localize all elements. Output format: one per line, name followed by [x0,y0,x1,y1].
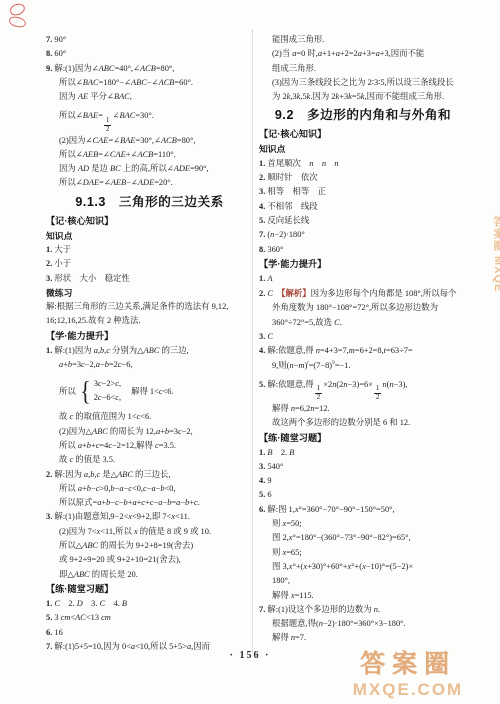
answer-line: 1. 大于 [46,243,253,257]
left-column: 7. 90°8. 60°9. 解:(1)因为∠ABC=40°,∠ACB=80°,… [46,33,253,654]
analysis-tag: 【解析】 [281,288,310,298]
answer-line: 为 2k,3k,5k.因为 2k+3k=5k,因而不能组成三角形. [259,90,467,104]
answer-line: 7. 解:(1)设这个多边形的边数为 n. [259,603,467,617]
subheading: 知识点 [259,142,467,156]
answer-line: 3. 相等 相等 正 [259,185,467,199]
answer-line: 8. 60° [46,47,253,61]
answer-line: 解得 n=7. [259,631,467,645]
watermark: 答案圈 MXQE.COM [318,652,498,698]
answer-line: 所以 a+b−c>0,b−a−c<0,c−a−b<0, [46,482,253,496]
section-header: 9.2 多边形的内角和与外角和 [259,104,467,127]
fraction: 12 [104,117,111,134]
fraction: 12 [315,385,322,402]
section-label: 【练·随堂习题】 [259,431,467,446]
answer-line: 9. 解:(1)因为∠ABC=40°,∠ACB=80°, [46,62,253,76]
answer-line: (2)当 a=0 时,a+1+a+2=2a+3=a+3,因而不能 [259,47,467,61]
answer-line: 16;12,16,25.故有 2 种选法. [46,314,253,328]
subheading: 知识点 [46,229,253,243]
answer-line: 图 3,x°+(x+30)°+60°+x°+(x−10)°=(5−2)× [259,560,467,574]
answer-line: 则 x=50; [259,517,467,531]
answer-line: 3. 解:(1)由题意知,9−2<x<9+2,即 7<x<11. [46,510,253,524]
answer-line: (2)因为∠CAE=∠BAE=30°,∠ACB=80°, [46,134,253,148]
answer-line: 因为 AE 平分∠BAC, [46,90,253,104]
answer-line: 7. (n−2)·180° [259,228,467,242]
answer-line: 1. A [259,272,467,286]
answer-line: 3. C [259,330,467,344]
answer-line: 所以△ABC 的周长为 9+2+8=19(舍去) [46,539,253,553]
answer-line: 所以∠AEB=∠CAE+∠ACB=110°. [46,148,253,162]
answer-line: 能围成三角形. [259,33,467,47]
answer-line: 5. 6 [259,488,467,502]
answer-line: 解得 n=6,2n=12. [259,402,467,416]
answer-line: 7. 90° [46,33,253,47]
answer-line: 图 2,x°=180°−(360°−73°−90°−82°)=65°, [259,531,467,545]
answer-line: 3. 540° [259,460,467,474]
answer-line: 解得 x=115. [259,589,467,603]
answer-line: 组成三角形. [259,62,467,76]
answer-line: 5. 反向延长线 [259,214,467,228]
section-label: 【练·随堂习题】 [46,582,253,597]
answer-line: 外角度数为 180°−108°=72°,所以多边形边数为 [259,301,467,315]
answer-line: 故这两个多边形的边数分别是 6 和 12. [259,416,467,430]
answer-line: a+b=3c−2,a−b=2c−6, [46,358,253,372]
watermark-site: MXQE.COM [318,681,498,698]
edge-watermark: 答案圈 MXQE [490,216,500,292]
answer-line: 因为 AD 是边 BC 上的高,所以∠ADE=90°, [46,162,253,176]
watermark-logo: 答案圈 [360,650,456,678]
workbook-answer-page: 7. 90°8. 60°9. 解:(1)因为∠ABC=40°,∠ACB=80°,… [0,0,500,704]
answer-line: 3. 形状 大小 稳定性 [46,272,253,286]
section-label: 【记·核心知识】 [259,127,467,142]
answer-line: (2)因为 7<x<11,所以 x 的值是 8 或 9 或 10. [46,525,253,539]
section-header: 9.1.3 三角形的三边关系 [46,191,253,214]
answer-line: 所以∠DAE=∠AEB−∠ADE=20°. [46,176,253,190]
brace-glyph: { [80,376,90,407]
answer-line: 1. 首尾顺次 n n n [259,157,467,171]
answer-line: 5. 解:依题意,得12×2n(2n−3)=6×12n(n−3), [259,373,467,402]
section-label: 【记·核心知识】 [46,214,253,229]
answer-line: 故 c 的值是 3.5. [46,453,253,467]
answer-line: 所以 a+b+c=4c−2=12,解得 c=3.5. [46,439,253,453]
answer-line: 2. 顺时针 依次 [259,171,467,185]
answer-line: 4. 解:依题意,得 n=4+3=7,m=6+2=8,t=63÷7= [259,344,467,358]
red-stamp-mark [8,16,26,29]
equation-cases: 所以{3c−2>c,2c−6<c,解得 1<c<6. [46,372,253,410]
answer-line: (2)因为△ABC 的周长为 12,a+b=3c−2, [46,425,253,439]
answer-line: 6. 解:图 1,x°=360°−70°−90°−150°=50°, [259,503,467,517]
answer-line: 8. 360° [259,243,467,257]
red-stamp-mark [9,3,26,16]
answer-line: (3)因为三条线段长之比为 2∶3∶5,所以设三条线段长 [259,76,467,90]
answer-line: 即△ABC 的周长是 20. [46,568,253,582]
column-divider [252,30,253,652]
section-label: 【学·能力提升】 [259,257,467,272]
subheading: 微练习 [46,286,253,300]
answer-line: 则 x=65; [259,546,467,560]
answer-line: 4. 9 [259,474,467,488]
answer-line: 所以原式=a+b−c−b+a+c+c−a−b=a−b+c. [46,496,253,510]
section-label: 【学·能力提升】 [46,329,253,344]
answer-line: 解:根据三角形的三边关系,满足条件的选法有 9,12, [46,300,253,314]
answer-line: 9,则(n−m)t=(7−8)9=−1. [259,359,467,373]
answer-line: 根据题意,得(n−2)·180°=360°×3−180°. [259,617,467,631]
answer-line: 180°, [259,574,467,588]
answer-line: 1. 解:(1)因为 a,b,c 分别为△ABC 的三边, [46,344,253,358]
answer-line: 2. 解:因为 a,b,c 是△ABC 的三边长, [46,468,253,482]
answer-line: 2. C 【解析】因为多边形每个内角都是 108°,所以每个 [259,286,467,301]
answer-line: 所以∠BAC=180°−∠ABC−∠ACB=60°. [46,76,253,90]
answer-line: 2. 小于 [46,257,253,271]
answer-line: 4. 不相邻 线段 [259,200,467,214]
answer-line: 6. 16 [46,626,253,640]
answer-line: 5. 3 cm<AC<13 cm [46,611,253,625]
answer-line: 1. C 2. D 3. C 4. B [46,597,253,611]
answer-line: 所以∠BAE=12∠BAC=30°. [46,104,253,133]
answer-line: 或 9+2+9=20 或 9+2+10=21(舍去), [46,553,253,567]
answer-line: 360°÷72°=5,故选 C. [259,316,467,330]
answer-line: 1. B 2. B [259,446,467,460]
right-column: 能围成三角形.(2)当 a=0 时,a+1+a+2=2a+3=a+3,因而不能组… [259,33,467,646]
fraction: 12 [374,385,381,402]
answer-line: 故 c 的取值范围为 1<c<6. [46,410,253,424]
